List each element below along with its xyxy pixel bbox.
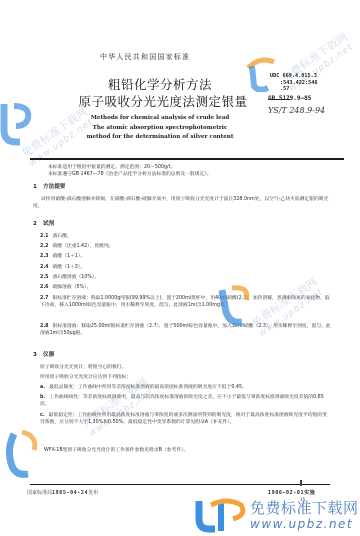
up-logo-icon [4,430,44,480]
footer-divider [30,484,330,485]
effective-date-value: 1986-02-01 [268,490,304,496]
section-number: 2 [33,221,43,227]
issued-date: 国家标准局1985-04-24发布 [27,489,98,496]
item-number: c. [40,413,45,418]
item-text: 硝酸（1＋1）。 [53,254,86,259]
list-item: 2.1酒石酸。 [40,233,330,240]
list-item: 2.4硝酸（1＋3）。 [40,264,330,271]
item-text: 硝酸（比重1.42），优级纯。 [53,244,114,249]
item-number: 2.5 [40,275,49,280]
item-text: 酒石酸溶液（10%）。 [53,275,100,280]
watermark-text: 免费标准下载网 www.upbz.net [280,31,357,95]
section-text: 所用原子吸收分光光度计应达到下列指标： [40,374,335,381]
item-number: 2.2 [40,244,49,249]
item-number: 2.4 [40,265,49,270]
up-logo-icon [193,497,249,533]
section-number: 3 [33,352,43,358]
list-item: 2.2硝酸（比重1.42），优级纯。 [40,243,330,250]
item-text: 硝酸（1＋3）。 [53,265,86,270]
item-number: 2.7 [40,296,49,301]
item-number: 2.8 [40,324,49,329]
list-item: 2.3硝酸（1＋1）。 [40,253,330,260]
section-heading: 3仪器 [33,350,54,358]
strikethrough-line [268,99,290,100]
section-title: 方法提要 [43,184,65,190]
section-heading: 1方法提要 [33,182,65,190]
up-logo-icon [216,282,250,332]
intro-scope: 本标准适用于粗铅中银量的测定。测定范围：20～500g/t。 [40,164,335,171]
item-number: 2.6 [40,285,49,290]
section-number: 1 [33,184,43,190]
up-logo-icon [0,100,32,146]
item-text: 酒石酸。 [53,234,72,239]
item-number: 2.1 [40,234,49,239]
item-text: 工作曲线线性：等差浓度标准溶液中，最高与次高浓度标准溶液的吸光度之差，应不小于最… [40,395,324,407]
section-title: 仪器 [43,352,54,358]
effective-suffix: 实施 [304,490,315,496]
issue-suffix: 发布 [88,490,98,496]
english-title-line: method for the determination of silver c… [60,133,260,143]
list-item: 2.6硫脲溶液（5%）。 [40,284,330,291]
item-number: a. [40,385,45,390]
section-note: WFX-1B型原子吸收分光光度计的工作条件参数见附录B（参考件）。 [44,447,339,454]
list-item: a.最低灵敏度：工作曲线中所用等差浓度标准溶液的最高浓度标准溶液的吸光度应不低于… [40,384,330,391]
section-heading: 2试剂 [33,219,54,227]
effective-date: 1986-02-01实施 [268,489,315,496]
list-item: b.工作曲线线性：等差浓度标准溶液中，最高与次高浓度标准溶液的吸光度之差，应不小… [40,394,330,408]
up-logo-icon [244,52,276,92]
document-page: 中华人民共和国国家标准 粗铅化学分析方法 原子吸收分光光度法测定银量 Metho… [0,0,360,536]
intro-compliance: 本标准遵守GB 1467—78《冶金产品化学分析方法标准的总则及一般规定》。 [40,171,335,178]
site-name-banner: 免费标准下载网 [250,497,359,518]
item-text: 硫脲溶液（5%）。 [53,285,92,290]
divider-mark [300,480,302,486]
item-text: 银标准溶液：移取25.00ml银标准贮存溶液（2.7），置于500ml棕色容量瓶… [40,324,331,336]
document-title-line1: 粗铅化学分析方法 [100,75,220,93]
item-number: b. [40,395,45,400]
document-title-line2: 原子吸收分光光度法测定银量 [73,92,253,110]
issue-date: 1985-04-24 [52,490,88,496]
item-number: 2.3 [40,254,49,259]
issuer: 国家标准局 [27,490,52,496]
handwritten-code: YS/T 248.9-94 [268,106,325,115]
section-text: 原子吸收分光光度计，附银空心阴极灯。 [40,364,335,371]
list-item: 2.5酒石酸溶液（10%）。 [40,274,330,281]
list-item: 2.8银标准溶液：移取25.00ml银标准贮存溶液（2.7），置于500ml棕色… [40,323,332,337]
country-standard-label: 中华人民共和国国家标准 [100,52,190,62]
section-text: 试样用硝酸-酒石酸溶解并除锡，在硝酸-酒石酸-硫脲介质中，用原子吸收分光光度计于… [33,196,333,210]
site-url-banner: www.upbz.net [250,517,353,531]
section-title: 试剂 [43,221,54,227]
header-divider [30,158,344,160]
